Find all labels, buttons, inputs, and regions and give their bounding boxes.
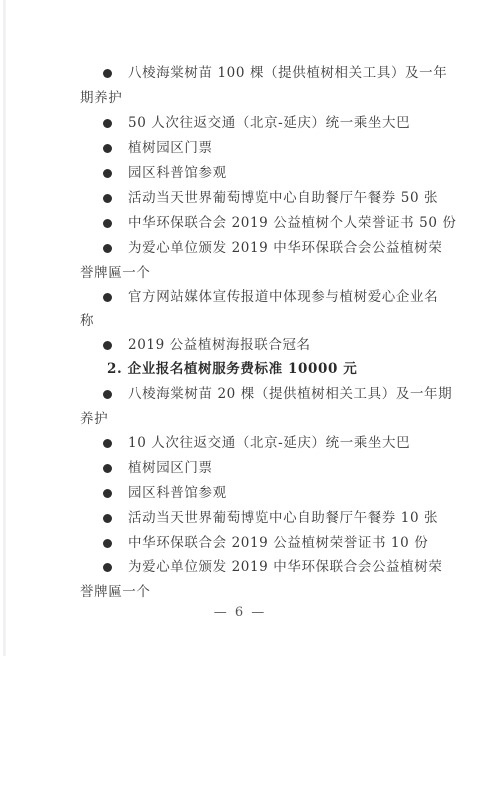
bullet-icon: [103, 539, 112, 548]
bullet-icon: [103, 219, 112, 228]
list-item: 2019 公益植树海报联合冠名: [0, 333, 480, 357]
list-item: 园区科普馆参观: [0, 161, 480, 185]
list-item: 活动当天世界葡萄博览中心自助餐厅午餐券 50 张: [0, 186, 480, 210]
bullet-icon: [103, 144, 112, 153]
bullet-icon: [103, 464, 112, 473]
list-item: 10 人次往返交通（北京-延庆）统一乘坐大巴: [0, 431, 480, 455]
bullet-icon: [103, 244, 112, 253]
list-item: 植树园区门票: [0, 136, 480, 160]
bullet-icon: [103, 514, 112, 523]
bullet-icon: [103, 563, 112, 572]
list-item: 50 人次往返交通（北京-延庆）统一乘坐大巴: [0, 111, 480, 135]
list-item: 中华环保联合会 2019 公益植树荣誉证书 10 份: [0, 531, 480, 555]
list-item-continuation: 称: [0, 309, 480, 333]
list-item: 八棱海棠树苗 100 棵（提供植树相关工具）及一年: [0, 61, 480, 85]
list-item: 官方网站媒体宣传报道中体现参与植树爱心企业名: [0, 285, 480, 309]
document-page: 八棱海棠树苗 100 棵（提供植树相关工具）及一年 期养护 50 人次往返交通（…: [0, 0, 480, 791]
list-item: 活动当天世界葡萄博览中心自助餐厅午餐券 10 张: [0, 506, 480, 530]
list-item: 植树园区门票: [0, 456, 480, 480]
list-item: 八棱海棠树苗 20 棵（提供植树相关工具）及一年期: [0, 382, 480, 406]
bullet-icon: [103, 119, 112, 128]
list-item: 园区科普馆参观: [0, 481, 480, 505]
list-item: 为爱心单位颁发 2019 中华环保联合会公益植树荣: [0, 236, 480, 260]
list-item-continuation: 养护: [0, 407, 480, 431]
bullet-icon: [103, 169, 112, 178]
list-item: 为爱心单位颁发 2019 中华环保联合会公益植树荣: [0, 555, 480, 579]
bullet-icon: [103, 194, 112, 203]
bullet-icon: [103, 69, 112, 78]
list-item-continuation: 期养护: [0, 86, 480, 110]
list-item-continuation: 誉牌匾一个: [0, 261, 480, 285]
bullet-icon: [103, 293, 112, 302]
bullet-icon: [103, 341, 112, 350]
bullet-icon: [103, 489, 112, 498]
bullet-icon: [103, 439, 112, 448]
list-item: 中华环保联合会 2019 公益植树个人荣誉证书 50 份: [0, 211, 480, 235]
list-item-continuation: 誉牌匾一个: [0, 580, 480, 604]
page-number: — 6 —: [0, 605, 480, 620]
section-heading: 2. 企业报名植树服务费标准 10000 元: [0, 357, 480, 381]
bullet-icon: [103, 390, 112, 399]
